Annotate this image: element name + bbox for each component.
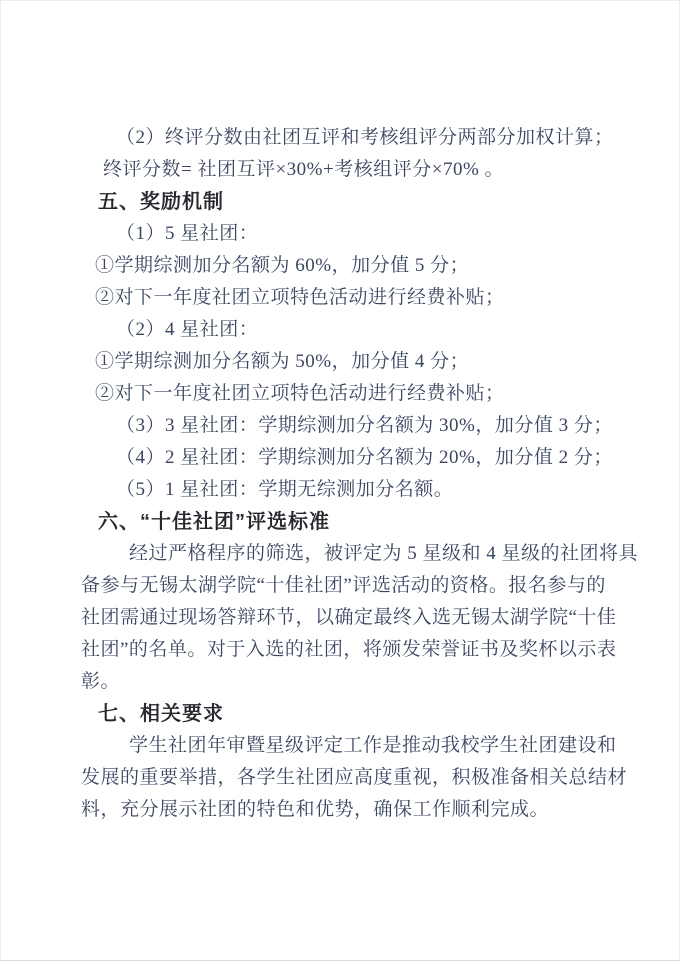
paragraph-top10-line-1: 经过严格程序的筛选，被评定为 5 星级和 4 星级的社团将具 [81, 538, 601, 570]
line-4-star-club: （2）4 星社团： [81, 314, 601, 346]
line-final-score-formula: 终评分数= 社团互评×30%+考核组评分×70% 。 [81, 154, 601, 186]
line-5-star-benefit-1: ①学期综测加分名额为 60%，加分值 5 分； [81, 250, 601, 282]
line-4-star-benefit-1: ①学期综测加分名额为 50%，加分值 4 分； [81, 346, 601, 378]
line-5-star-benefit-2: ②对下一年度社团立项特色活动进行经费补贴； [81, 282, 601, 314]
heading-section-5-rewards: 五、奖励机制 [81, 186, 601, 218]
line-3-star-club: （3）3 星社团：学期综测加分名额为 30%，加分值 3 分； [81, 410, 601, 442]
line-final-score-rule: （2）终评分数由社团互评和考核组评分两部分加权计算； [81, 122, 601, 154]
line-1-star-club: （5）1 星社团：学期无综测加分名额。 [81, 474, 601, 506]
line-5-star-club: （1）5 星社团： [81, 218, 601, 250]
paragraph-requirements-line-2: 发展的重要举措，各学生社团应高度重视，积极准备相关总结材 [81, 762, 601, 794]
paragraph-requirements-line-1: 学生社团年审暨星级评定工作是推动我校学生社团建设和 [81, 730, 601, 762]
paragraph-requirements-line-3: 料，充分展示社团的特色和优势，确保工作顺利完成。 [81, 794, 601, 826]
line-4-star-benefit-2: ②对下一年度社团立项特色活动进行经费补贴； [81, 378, 601, 410]
document-text-block: （2）终评分数由社团互评和考核组评分两部分加权计算； 终评分数= 社团互评×30… [81, 122, 601, 826]
paragraph-top10-line-2: 备参与无锡太湖学院“十佳社团”评选活动的资格。报名参与的 [81, 570, 601, 602]
paragraph-top10-line-5: 彰。 [81, 666, 601, 698]
heading-section-6-top10-criteria: 六、“十佳社团”评选标准 [81, 506, 601, 538]
heading-section-7-requirements: 七、相关要求 [81, 698, 601, 730]
paragraph-top10-line-4: 社团”的名单。对于入选的社团，将颁发荣誉证书及奖杯以示表 [81, 634, 601, 666]
paragraph-top10-line-3: 社团需通过现场答辩环节，以确定最终入选无锡太湖学院“十佳 [81, 602, 601, 634]
document-page: （2）终评分数由社团互评和考核组评分两部分加权计算； 终评分数= 社团互评×30… [0, 0, 680, 961]
line-2-star-club: （4）2 星社团：学期综测加分名额为 20%，加分值 2 分； [81, 442, 601, 474]
